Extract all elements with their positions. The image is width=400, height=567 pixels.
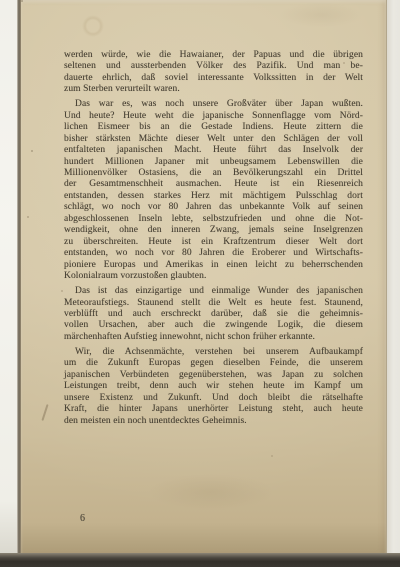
text-line: werden würde, wie die Hawaianer, der Pap… [64, 50, 363, 61]
text-line: Das ist das einzigartige und einmalige W… [64, 286, 363, 297]
paragraph: Das war es, was noch unsere Großväter üb… [64, 99, 363, 282]
paragraph: werden würde, wie die Hawaianer, der Pap… [64, 50, 363, 96]
text-line: zum Sterben verurteilt waren. [64, 84, 363, 95]
text-line: schlägt, wo noch vor 80 Jahren das unbek… [64, 202, 363, 213]
text-line: abgeschlossenen Inseln lebte, selbstzufr… [64, 214, 363, 225]
text-line: Meteoraufstiegs. Staunend stellt die Wel… [64, 298, 363, 309]
paragraph: Wir, die Achsenmächte, verstehen bei uns… [64, 347, 363, 427]
scanned-book-page: werden würde, wie die Hawaianer, der Pap… [0, 0, 400, 567]
book-page: werden würde, wie die Hawaianer, der Pap… [21, 0, 386, 556]
crease-mark [41, 404, 48, 421]
text-block: werden würde, wie die Hawaianer, der Pap… [64, 50, 363, 427]
scan-left-margin [0, 0, 18, 557]
page-number: 6 [80, 513, 85, 524]
text-line: Leistungen treibt, denn auch wir stehen … [64, 381, 363, 392]
text-line: Kraft, die hinter Japans unerhörter Leis… [64, 404, 363, 415]
text-line: um die Zukunft Europas gegen dieselben F… [64, 358, 363, 369]
text-line: vollen Ursachen, aber auch die zwingende… [64, 320, 363, 331]
text-line: Kolonialraum vorzustoßen glaubten. [64, 271, 363, 282]
text-line: dauerte ehrlich, daß soviel interessante… [64, 73, 363, 84]
text-line: entfalteten japanischen Macht. Heute füh… [64, 145, 363, 156]
text-line: japanischen Verbündeten gegenüberstehen,… [64, 370, 363, 381]
text-line: Wir, die Achsenmächte, verstehen bei uns… [64, 347, 363, 358]
text-line: märchenhaften Aufstieg innewohnt, nicht … [64, 332, 363, 343]
text-line: seltenen und aussterbenden Völker des Pa… [64, 61, 363, 72]
text-line: bisher stärksten Mächte dieser Welt unte… [64, 134, 363, 145]
text-line: Millionenvölker Ostasiens, die an Bevölk… [64, 168, 363, 179]
scan-right-margin [386, 0, 400, 556]
text-line: der Gesamtmenschheit ausmachen. Heute is… [64, 179, 363, 190]
text-line: den meisten ein noch unentdecktes Geheim… [64, 416, 363, 427]
text-line: entstanden, wo noch vor 80 Jahren die Er… [64, 248, 363, 259]
text-line: unsere Existenz und Zukunft. Und doch bl… [64, 393, 363, 404]
text-line: Und heute? Heute weht die japanische Son… [64, 111, 363, 122]
text-line: entstanden, dessen starkes Herz mit mäch… [64, 191, 363, 202]
text-line: wendigkeit, ohne den inneren Zwang, jema… [64, 225, 363, 236]
text-line: hundert Millionen Japaner mit unbeugsame… [64, 157, 363, 168]
text-line: lichen Eismeer bis an die Gestade Indien… [64, 122, 363, 133]
text-line: Das war es, was noch unsere Großväter üb… [64, 99, 363, 110]
text-line: pioniere Europas und Amerikas in einen l… [64, 260, 363, 271]
text-line: verblüfft und auch erschreckt darüber, d… [64, 309, 363, 320]
text-line: zu überschreiten. Heute ist ein Kraftzen… [64, 237, 363, 248]
paragraph: Das ist das einzigartige und einmalige W… [64, 286, 363, 343]
scan-bottom-edge [0, 553, 400, 567]
